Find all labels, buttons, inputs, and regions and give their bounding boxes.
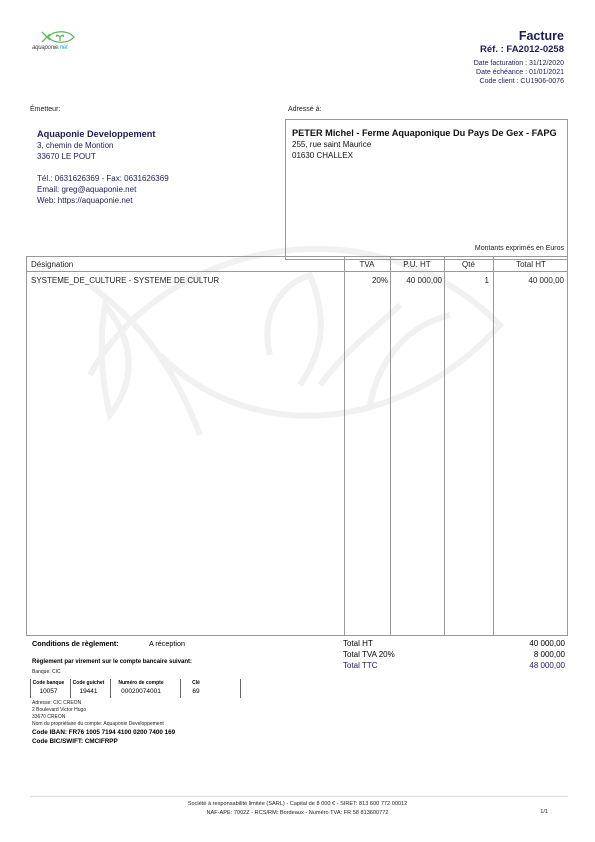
iban-code: Code IBAN: FR76 1005 7194 4100 0200 7400… xyxy=(32,729,175,738)
company-logo: aquaponie.net xyxy=(30,30,90,56)
total-tva-row: Total TVA 20%8 000,00 xyxy=(343,650,565,661)
bank-address: Adresse: CIC CREON 2 Boulevard Victor Hu… xyxy=(32,700,164,728)
col-header-total-ht: Total HT xyxy=(493,260,569,269)
total-ttc-row: Total TTC48 000,00 xyxy=(343,661,565,672)
sender-web[interactable]: Web: https://aquaponie.net xyxy=(37,195,169,206)
bank-name: Banque: CIC xyxy=(32,669,61,675)
page-number: 1/1 xyxy=(540,809,548,815)
footer-legal-line2: NAF-APE: 7002Z - RCS/RM: Bordeaux - Numé… xyxy=(0,809,595,818)
invoice-reference: Réf. : FA2012-0258 xyxy=(474,44,564,56)
sender-email[interactable]: Email: greg@aquaponie.net xyxy=(37,184,169,195)
invoice-date: Date facturation : 31/12/2020 xyxy=(474,59,564,68)
col-header-qty: Qté xyxy=(444,260,493,269)
recipient-name: PETER Michel - Ferme Aquaponique Du Pays… xyxy=(292,127,562,139)
recipient-address1: 255, rue saint Maurice xyxy=(292,139,562,150)
key-cell: Clé 69 xyxy=(180,679,211,698)
row-designation: SYSTEME_DE_CULTURE - SYSTEME DE CULTUR xyxy=(31,276,219,285)
logo-text: aquaponie.net xyxy=(32,45,67,51)
row-pu-ht: 40 000,00 xyxy=(390,276,442,285)
due-date: Date échéance : 01/01/2021 xyxy=(474,68,564,77)
recipient-block: PETER Michel - Ferme Aquaponique Du Pays… xyxy=(292,127,562,161)
footer-divider xyxy=(30,796,568,797)
row-qty: 1 xyxy=(444,276,489,285)
recipient-label: Adressé à: xyxy=(288,106,321,113)
bank-transfer-heading: Règlement par virement sur le compte ban… xyxy=(32,659,192,665)
recipient-address2: 01630 CHALLEX xyxy=(292,150,562,161)
sender-address2: 33670 LE POUT xyxy=(37,151,169,162)
currency-note: Montants exprimés en Euros xyxy=(475,245,564,252)
bank-code-cell: Code banque 10057 xyxy=(30,679,66,698)
account-owner: Nom du propriétaire du compte: Aquaponie… xyxy=(32,721,164,728)
client-code: Code client : CU1906-0076 xyxy=(474,77,564,86)
col-header-tva: TVA xyxy=(344,260,390,269)
iban-block: Code IBAN: FR76 1005 7194 4100 0200 7400… xyxy=(32,729,175,746)
account-number-cell: Numéro de compte 00020074001 xyxy=(110,679,171,698)
invoice-title: Facture xyxy=(474,29,564,43)
sender-phone: Tél.: 0631626369 - Fax: 0631626369 xyxy=(37,173,169,184)
total-ht-row: Total HT40 000,00 xyxy=(343,639,565,650)
row-tva: 20% xyxy=(344,276,388,285)
sender-block: Aquaponie Developpement 3, chemin de Mon… xyxy=(37,128,169,206)
fish-logo-icon xyxy=(40,30,80,44)
row-total-ht: 40 000,00 xyxy=(493,276,564,285)
col-header-designation: Désignation xyxy=(31,260,73,269)
bic-code: Code BIC/SWIFT: CMCIFRPP xyxy=(32,738,175,747)
col-header-pu-ht: P.U. HT xyxy=(390,260,444,269)
payment-conditions-label: Conditions de règlement: xyxy=(32,639,119,648)
sender-address1: 3, chemin de Montion xyxy=(37,140,169,151)
payment-conditions-value: A réception xyxy=(149,639,185,648)
invoice-lines-table: Désignation TVA P.U. HT Qté Total HT SYS… xyxy=(26,256,568,636)
footer-legal-line1: Société à responsabilité limitée (SARL) … xyxy=(0,800,595,809)
invoice-header: Facture Réf. : FA2012-0258 Date facturat… xyxy=(474,29,564,86)
sender-label: Émetteur: xyxy=(30,106,60,113)
branch-code-cell: Code guichet 19441 xyxy=(70,679,106,698)
sender-name: Aquaponie Developpement xyxy=(37,128,169,140)
